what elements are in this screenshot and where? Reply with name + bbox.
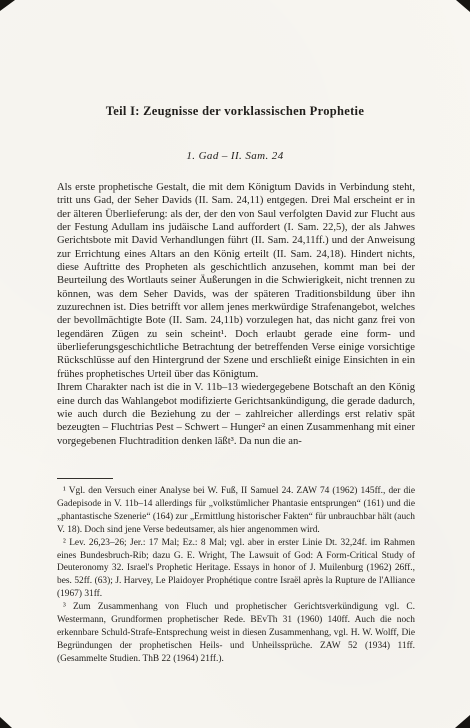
paragraph: Als erste prophetische Gestalt, die mit … (57, 181, 415, 381)
body-text: Als erste prophetische Gestalt, die mit … (57, 181, 415, 448)
footnote: ³ Zum Zusammenhang von Fluch und prophet… (57, 601, 415, 666)
scan-corner-mark-bottom-right (455, 715, 470, 728)
book-page: Teil I: Zeugnisse der vorklassischen Pro… (0, 0, 470, 728)
chapter-subtitle: 1. Gad – II. Sam. 24 (0, 150, 470, 162)
footnote: ² Lev. 26,23–26; Jer.: 17 Mal; Ez.: 8 Ma… (57, 537, 415, 602)
scan-corner-mark-top-right (456, 0, 470, 12)
footnote: ¹ Vgl. den Versuch einer Analyse bei W. … (57, 485, 415, 537)
scan-corner-mark-bottom-left (0, 717, 12, 728)
footnote-separator (57, 478, 113, 479)
paragraph: Ihrem Charakter nach ist die in V. 11b–1… (57, 381, 415, 448)
section-title: Teil I: Zeugnisse der vorklassischen Pro… (0, 104, 470, 119)
scan-corner-mark-top-left (0, 0, 15, 11)
footnotes: ¹ Vgl. den Versuch einer Analyse bei W. … (57, 485, 415, 666)
